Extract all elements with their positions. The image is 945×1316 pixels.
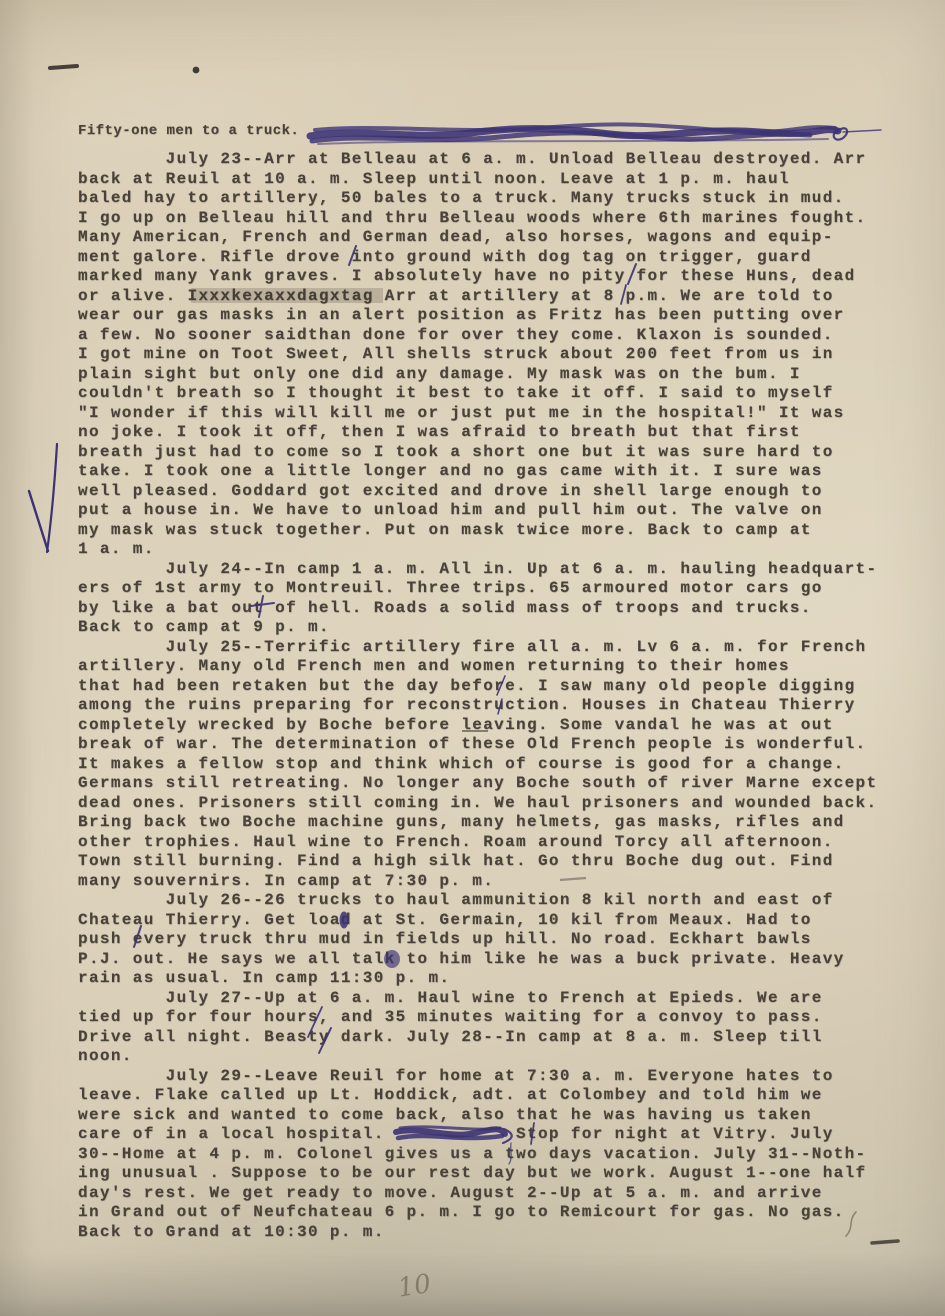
- diary-line: Many American, French and German dead, a…: [78, 228, 908, 248]
- diary-line: Bring back two Boche machine guns, many …: [78, 813, 908, 833]
- diary-line: that had been retaken but the day before…: [78, 677, 908, 697]
- diary-line: wear our gas masks in an alert position …: [78, 306, 908, 326]
- diary-line: It makes a fellow stop and think which o…: [78, 755, 908, 775]
- diary-line: marked many Yank graves. I absolutely ha…: [78, 267, 908, 287]
- diary-line: baled hay to artillery, 50 bales to a tr…: [78, 189, 908, 209]
- diary-line: dead ones. Prisoners still coming in. We…: [78, 794, 908, 814]
- pencil-page-number: 10: [396, 1269, 433, 1304]
- diary-line: ment galore. Rifle drove into ground wit…: [78, 248, 908, 268]
- diary-line: "I wonder if this will kill me or just p…: [78, 404, 908, 424]
- diary-line: among the ruins preparing for reconstruc…: [78, 696, 908, 716]
- diary-line: July 27--Up at 6 a. m. Haul wine to Fren…: [78, 989, 908, 1009]
- diary-line: put a house in. We have to unload him an…: [78, 501, 908, 521]
- diary-line: care of in a local hospital. Stop for ni…: [78, 1125, 908, 1145]
- diary-line: P.J. out. He says we all talk to him lik…: [78, 950, 908, 970]
- diary-line: plain sight but only one did any damage.…: [78, 365, 908, 385]
- diary-line: my mask was stuck together. Put on mask …: [78, 521, 908, 541]
- diary-line: completely wrecked by Boche before leavi…: [78, 716, 908, 736]
- diary-line: July 25--Terrific artillery fire all a. …: [78, 638, 908, 658]
- diary-line: artillery. Many old French men and women…: [78, 657, 908, 677]
- diary-line: noon.: [78, 1047, 908, 1067]
- diary-line: tied up for four hours, and 35 minutes w…: [78, 1008, 908, 1028]
- diary-first-line: Fifty-one men to a truck.: [78, 122, 908, 150]
- diary-text: Fifty-one men to a truck. July 23--Arr a…: [78, 122, 908, 1242]
- diary-line: Germans still retreating. No longer any …: [78, 774, 908, 794]
- ink-dot: [193, 67, 200, 74]
- diary-line: leave. Flake called up Lt. Hoddick, adt.…: [78, 1086, 908, 1106]
- diary-line: break of war. The determination of these…: [78, 735, 908, 755]
- diary-line: or alive. Ixxxkexaxxdagxtag Arr at artil…: [78, 287, 908, 307]
- diary-line: I go up on Belleau hill and thru Belleau…: [78, 209, 908, 229]
- diary-line: ers of 1st army to Montreuil. Three trip…: [78, 579, 908, 599]
- diary-line: I got mine on Toot Sweet, All shells str…: [78, 345, 908, 365]
- diary-line: 1 a. m.: [78, 540, 908, 560]
- diary-line: Chateau Thierry. Get load at St. Germain…: [78, 911, 908, 931]
- diary-page: Fifty-one men to a truck. July 23--Arr a…: [0, 0, 945, 1316]
- diary-line: July 29--Leave Reuil for home at 7:30 a.…: [78, 1067, 908, 1087]
- diary-line: Back to camp at 9 p. m.: [78, 618, 908, 638]
- diary-line: take. I took one a little longer and no …: [78, 462, 908, 482]
- pen-dash-top-left: [50, 66, 77, 68]
- diary-line: many souvernirs. In camp at 7:30 p. m.: [78, 872, 908, 892]
- diary-line: no joke. I took it off, then I was afrai…: [78, 423, 908, 443]
- diary-lines: July 23--Arr at Belleau at 6 a. m. Unloa…: [78, 150, 908, 1242]
- diary-line: July 24--In camp 1 a. m. All in. Up at 6…: [78, 560, 908, 580]
- diary-line: well pleased. Goddard got excited and dr…: [78, 482, 908, 502]
- diary-line: breath just had to come so I took a shor…: [78, 443, 908, 463]
- diary-line: in Grand out of Neufchateau 6 p. m. I go…: [78, 1203, 908, 1223]
- diary-line: back at Reuil at 10 a. m. Sleep until no…: [78, 170, 908, 190]
- diary-line: rain as usual. In camp 11:30 p. m.: [78, 969, 908, 989]
- diary-line: July 23--Arr at Belleau at 6 a. m. Unloa…: [78, 150, 908, 170]
- diary-line: day's rest. We get ready to move. August…: [78, 1184, 908, 1204]
- diary-line: ing unusual . Suppose to be our rest day…: [78, 1164, 908, 1184]
- diary-line: a few. No sooner saidthan done for over …: [78, 326, 908, 346]
- diary-line: were sick and wanted to come back, also …: [78, 1106, 908, 1126]
- diary-line: other trophies. Haul wine to French. Roa…: [78, 833, 908, 853]
- diary-line: by like a bat out of hell. Roads a solid…: [78, 599, 908, 619]
- diary-line: push every truck thru mud in fields up h…: [78, 930, 908, 950]
- diary-line: July 26--26 trucks to haul ammunition 8 …: [78, 891, 908, 911]
- diary-line: Back to Grand at 10:30 p. m.: [78, 1223, 908, 1243]
- diary-line: Drive all night. Beasty dark. July 28--I…: [78, 1028, 908, 1048]
- margin-check-ink: [29, 444, 57, 552]
- diary-line: couldn't breath so I thought it best to …: [78, 384, 908, 404]
- diary-line: 30--Home at 4 p. m. Colonel gives us a t…: [78, 1145, 908, 1165]
- diary-line: Town still burning. Find a high silk hat…: [78, 852, 908, 872]
